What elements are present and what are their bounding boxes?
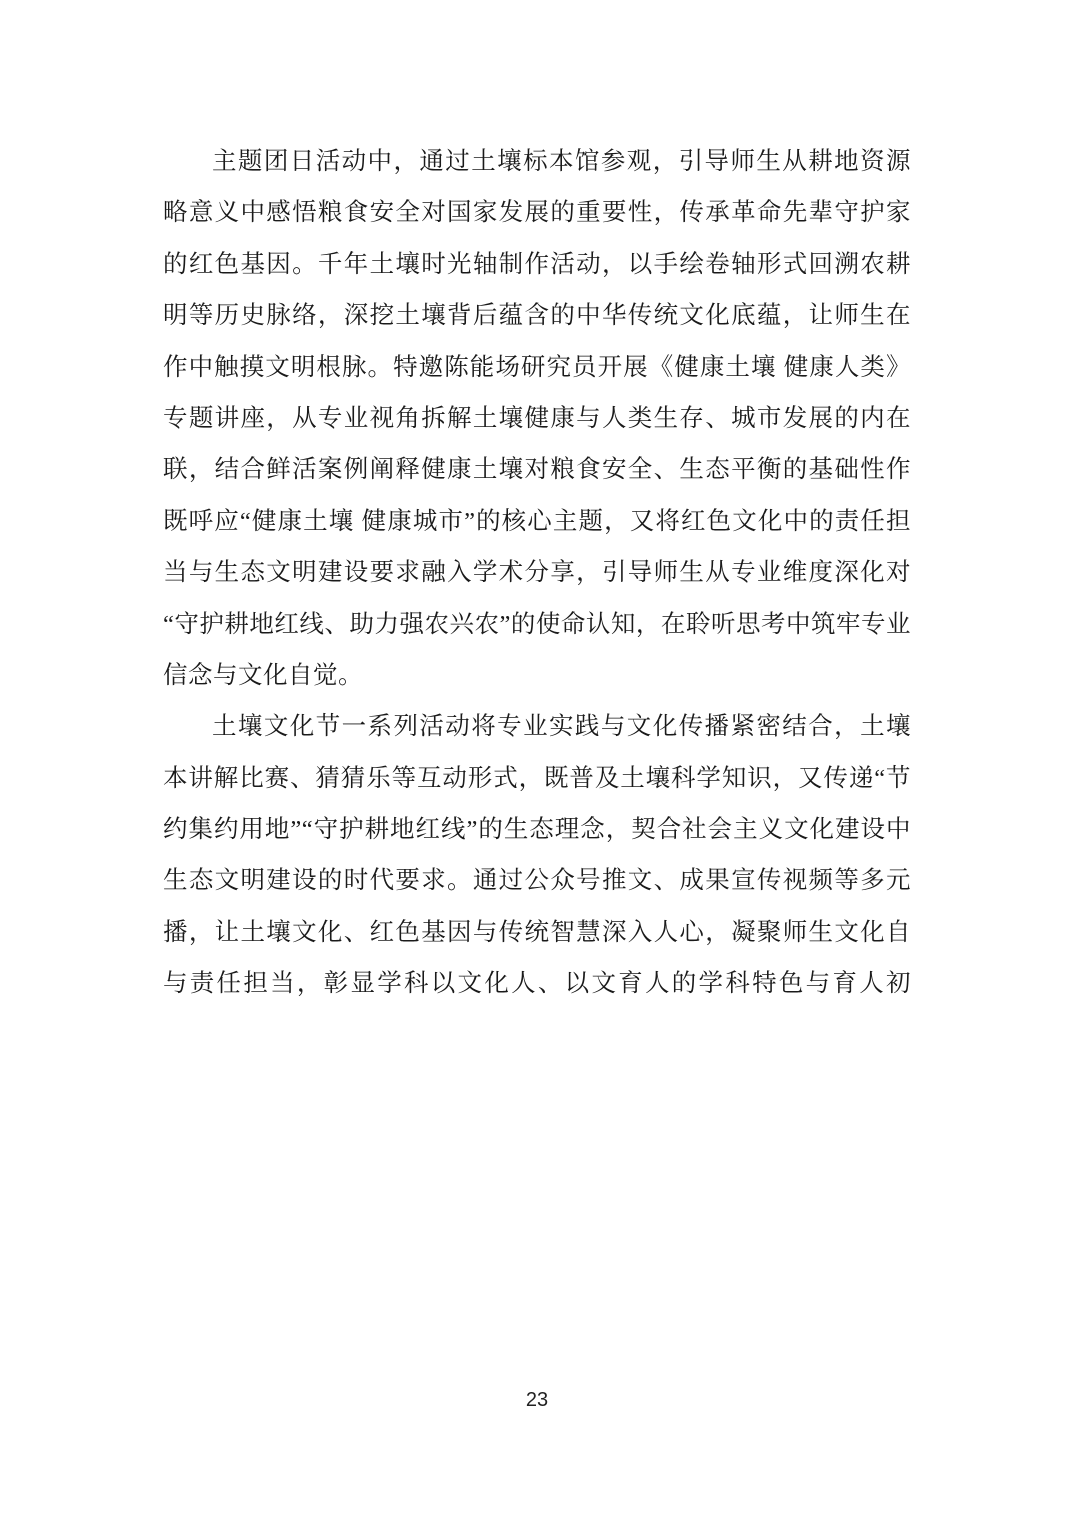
paragraph-2-line-5: 播，让土壤文化、红色基因与传统智慧深入人心，凝聚师生文化自信 [163,907,911,958]
paragraph-1-line-1: 主题团日活动中，通过土壤标本馆参观，引导师生从耕地资源战 [163,136,911,187]
document-page: 主题团日活动中，通过土壤标本馆参观，引导师生从耕地资源战 略意义中感悟粮食安全对… [0,0,1074,1520]
paragraph-2-line-3: 约集约用地”“守护耕地红线”的生态理念，契合社会主义文化建设中 [163,804,911,855]
paragraph-1-line-4: 明等历史脉络，深挖土壤背后蕴含的中华传统文化底蕴，让师生在创 [163,290,911,341]
paragraph-2-line-6: 与责任担当，彰显学科以文化人、以文育人的学科特色与育人初心。 [163,958,911,1009]
paragraph-1-line-3: 的红色基因。千年土壤时光轴制作活动，以手绘卷轴形式回溯农耕文 [163,239,911,290]
paragraph-2-line-4: 生态文明建设的时代要求。通过公众号推文、成果宣传视频等多元传 [163,855,911,906]
paragraph-1-line-2: 略意义中感悟粮食安全对国家发展的重要性，传承革命先辈守护家国 [163,187,911,238]
page-number: 23 [0,1389,1074,1412]
paragraph-1-line-11: 信念与文化自觉。 [163,650,911,701]
paragraph-1-line-5: 作中触摸文明根脉。特邀陈能场研究员开展《健康土壤 健康人类》 [163,342,911,393]
body-text-block: 主题团日活动中，通过土壤标本馆参观，引导师生从耕地资源战 略意义中感悟粮食安全对… [163,136,911,1010]
paragraph-1-line-9: 当与生态文明建设要求融入学术分享，引导师生从专业维度深化对 [163,547,911,598]
paragraph-1-line-7: 联，结合鲜活案例阐释健康土壤对粮食安全、生态平衡的基础性作用， [163,444,911,495]
paragraph-1-line-8: 既呼应“健康土壤 健康城市”的核心主题，又将红色文化中的责任担 [163,496,911,547]
paragraph-1-line-6: 专题讲座，从专业视角拆解土壤健康与人类生存、城市发展的内在关 [163,393,911,444]
paragraph-2-line-1: 土壤文化节一系列活动将专业实践与文化传播紧密结合，土壤标 [163,701,911,752]
paragraph-1-line-10: “守护耕地红线、助力强农兴农”的使命认知，在聆听思考中筑牢专业 [163,599,911,650]
paragraph-2-line-2: 本讲解比赛、猜猜乐等互动形式，既普及土壤科学知识，又传递“节 [163,753,911,804]
